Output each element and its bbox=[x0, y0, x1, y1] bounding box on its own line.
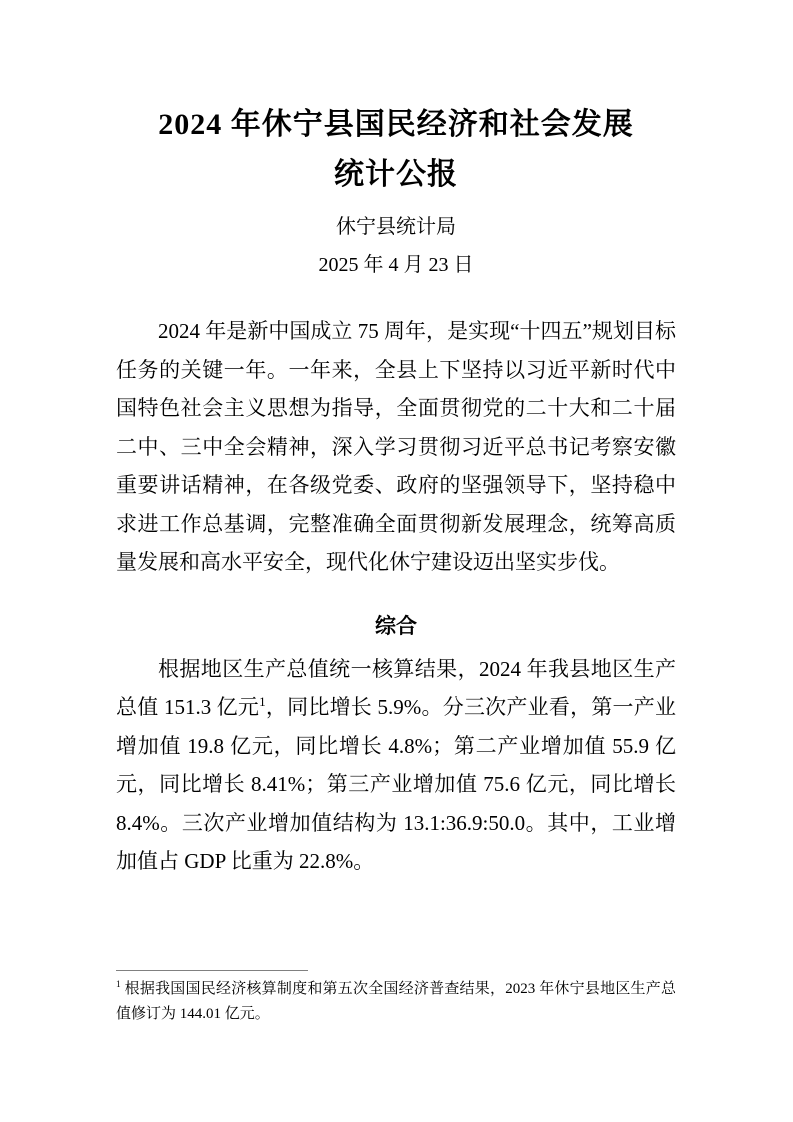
document-page: 2024 年休宁县国民经济和社会发展 统计公报 休宁县统计局 2025 年 4 … bbox=[0, 0, 793, 1122]
overview-paragraph: 根据地区生产总值统一核算结果，2024 年我县地区生产总值 151.3 亿元1，… bbox=[116, 650, 676, 881]
publish-date: 2025 年 4 月 23 日 bbox=[116, 251, 676, 279]
document-title-line2: 统计公报 bbox=[116, 150, 676, 200]
document-title: 2024 年休宁县国民经济和社会发展 统计公报 bbox=[116, 0, 676, 200]
footnote-text: 1 根据我国国民经济核算制度和第五次全国经济普查结果，2023 年休宁县地区生产… bbox=[116, 977, 676, 1026]
footnote-section: 1 根据我国国民经济核算制度和第五次全国经济普查结果，2023 年休宁县地区生产… bbox=[116, 970, 676, 1026]
document-content: 2024 年休宁县国民经济和社会发展 统计公报 休宁县统计局 2025 年 4 … bbox=[116, 0, 676, 881]
document-title-line1: 2024 年休宁县国民经济和社会发展 bbox=[116, 100, 676, 150]
intro-paragraph: 2024 年是新中国成立 75 周年，是实现“十四五”规划目标任务的关键一年。一… bbox=[116, 312, 676, 582]
footnote-body-text: 根据我国国民经济核算制度和第五次全国经济普查结果，2023 年休宁县地区生产总值… bbox=[116, 981, 676, 1022]
overview-text-after-footnote-ref: ，同比增长 5.9%。分三次产业看，第一产业增加值 19.8 亿元，同比增长 4… bbox=[116, 695, 676, 873]
footnote-divider bbox=[116, 970, 308, 971]
section-heading-overview: 综合 bbox=[116, 612, 676, 642]
issuing-agency: 休宁县统计局 bbox=[116, 213, 676, 241]
